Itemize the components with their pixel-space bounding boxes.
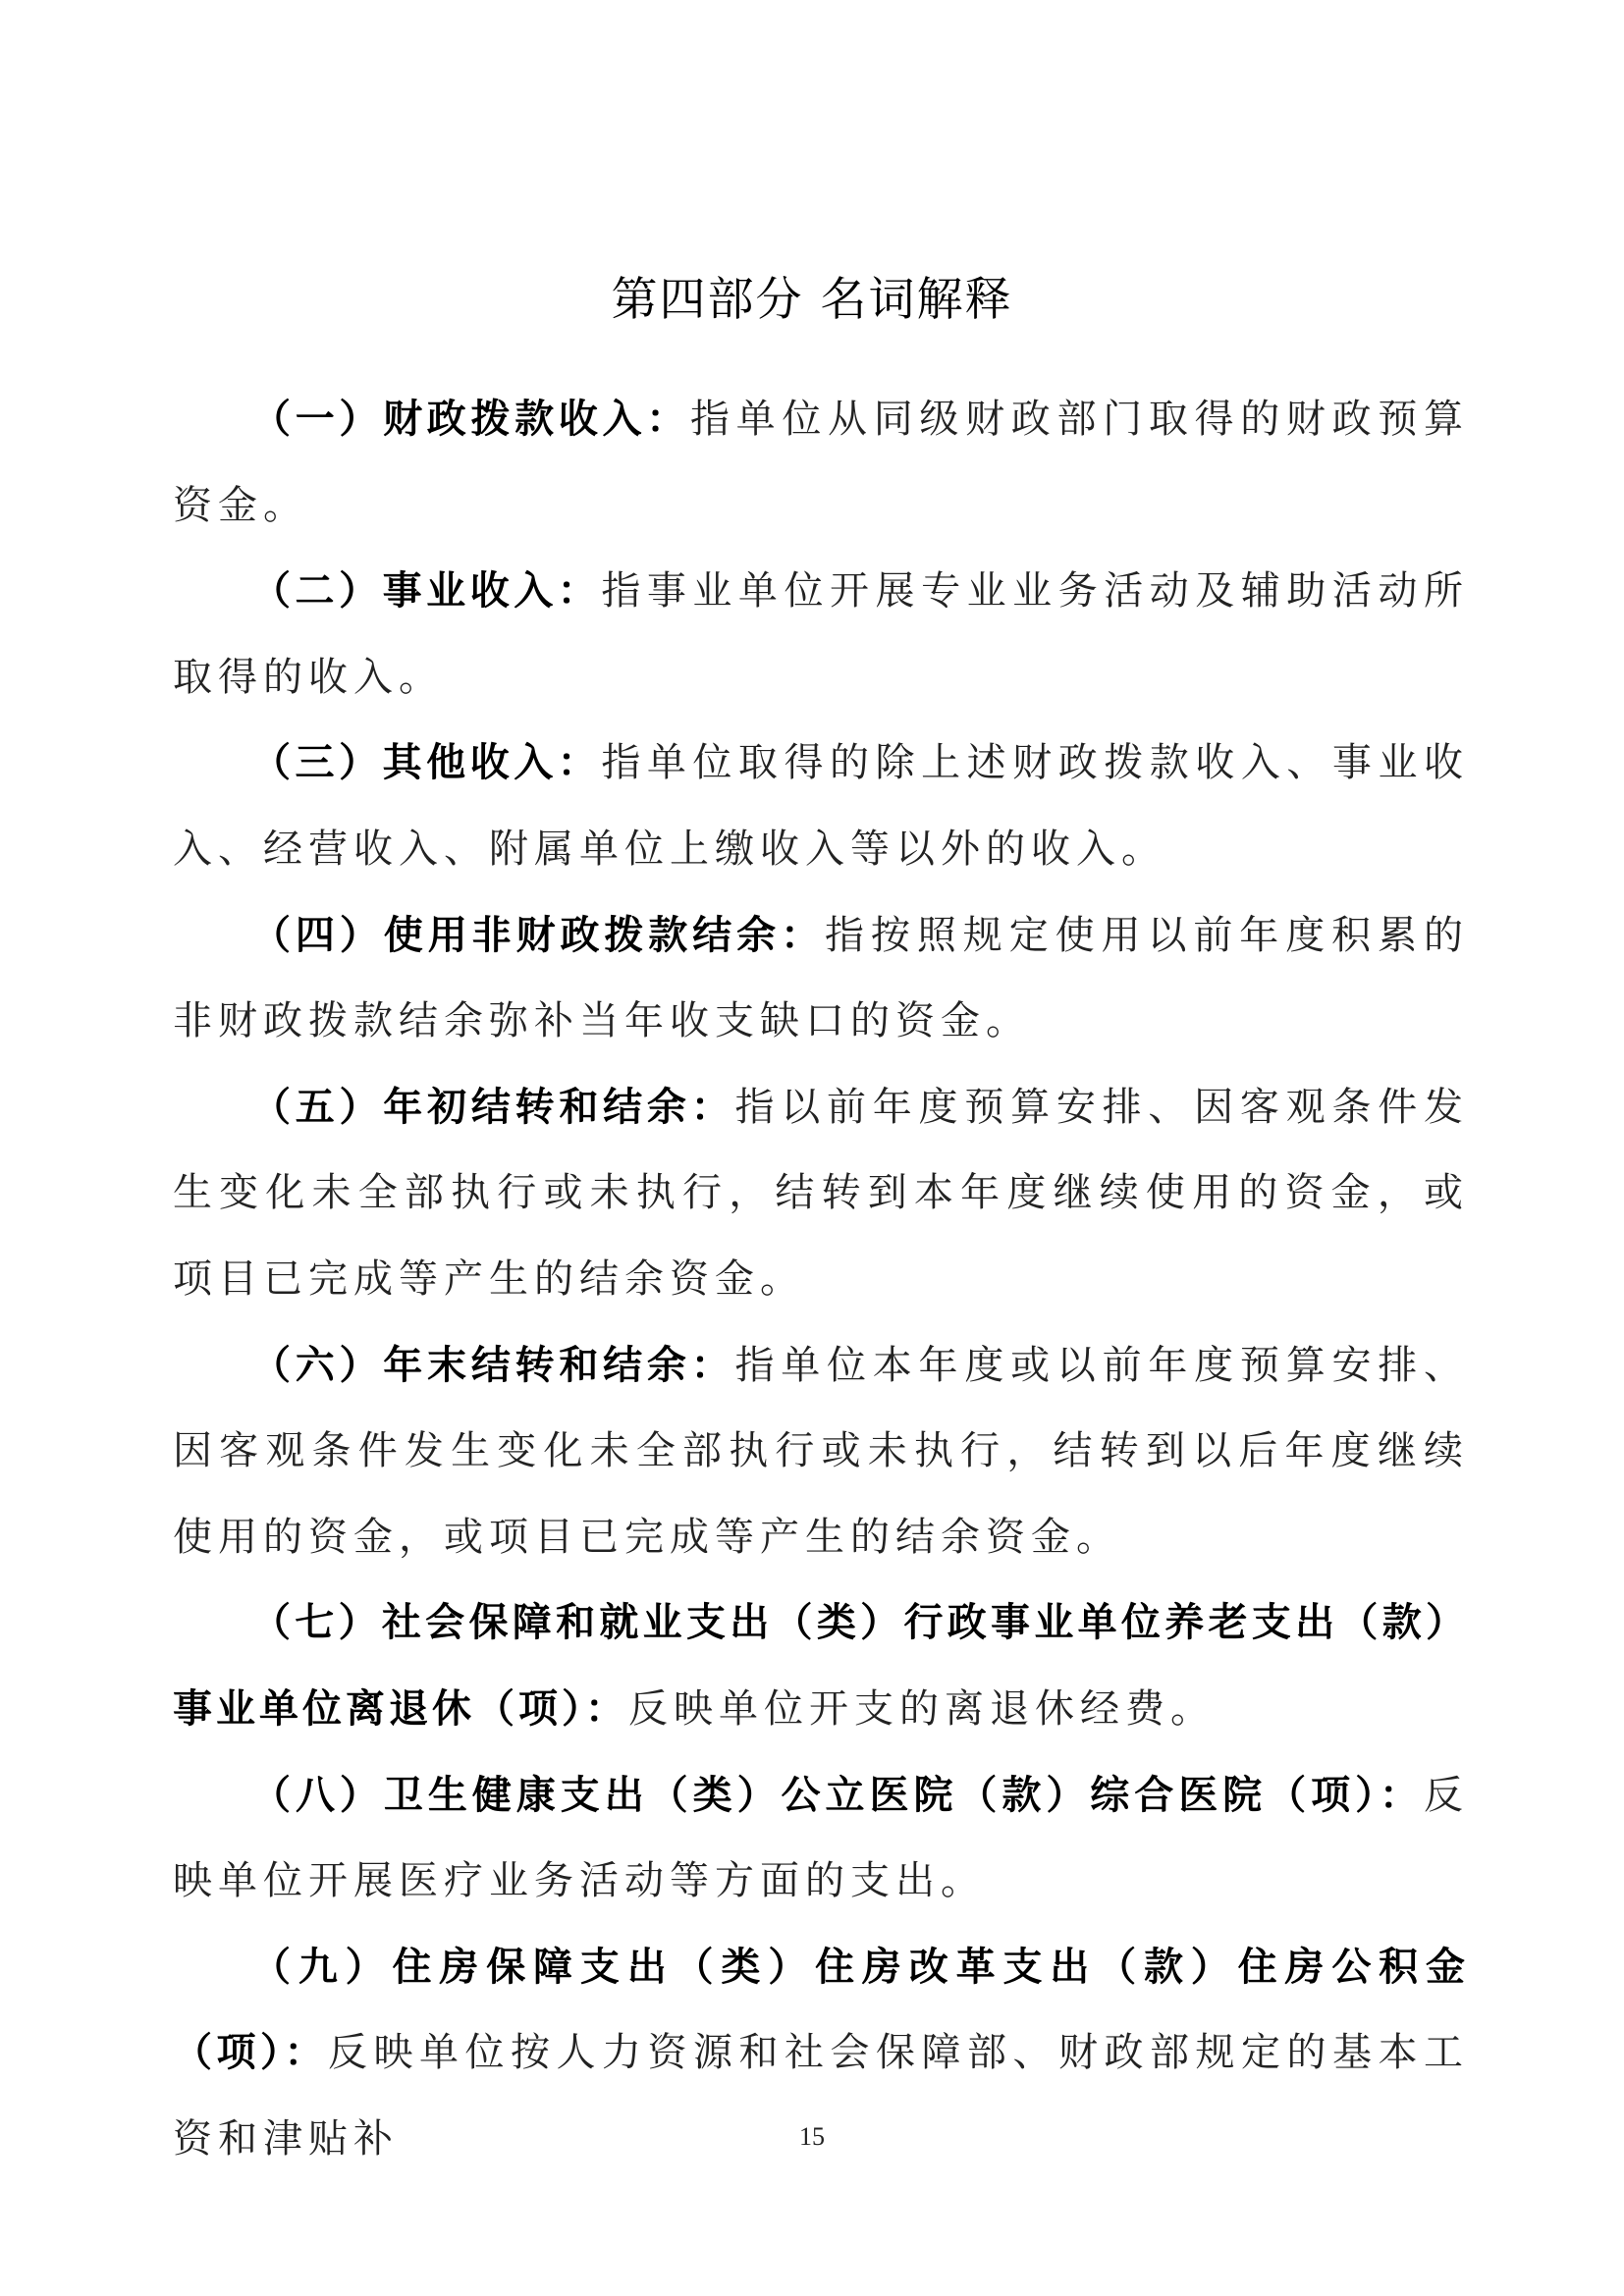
definition-term: （一）财政拨款收入： <box>251 397 690 442</box>
definition-item: （七）社会保障和就业支出（类）行政事业单位养老支出（款）事业单位离退休（项）：反… <box>173 1580 1469 1752</box>
definition-item: （六）年末结转和结余：指单位本年度或以前年度预算安排、因客观条件发生变化未全部执… <box>173 1323 1469 1581</box>
definition-item: （八）卫生健康支出（类）公立医院（款）综合医院（项）：反映单位开展医疗业务活动等… <box>173 1753 1469 1925</box>
definition-term: （四）使用非财政拨款结余： <box>251 913 825 958</box>
definition-term: （三）其他收入： <box>251 740 601 785</box>
definition-term: （六）年末结转和结余： <box>251 1343 734 1388</box>
definitions-list: （一）财政拨款收入：指单位从同级财政部门取得的财政预算资金。 （二）事业收入：指… <box>173 377 1469 2182</box>
page-title: 第四部分 名词解释 <box>0 263 1624 329</box>
definition-term: （八）卫生健康支出（类）公立医院（款）综合医院（项）： <box>251 1773 1424 1818</box>
definition-description: 反映单位开支的离退休经费。 <box>628 1686 1216 1732</box>
page-number: 15 <box>0 2122 1624 2152</box>
definition-term: （二）事业收入： <box>251 568 601 614</box>
definition-item: （四）使用非财政拨款结余：指按照规定使用以前年度积累的非财政拨款结余弥补当年收支… <box>173 893 1469 1065</box>
definition-item: （三）其他收入：指单位取得的除上述财政拨款收入、事业收入、经营收入、附属单位上缴… <box>173 721 1469 892</box>
definition-item: （五）年初结转和结余：指以前年度预算安排、因客观条件发生变化未全部执行或未执行，… <box>173 1065 1469 1323</box>
definition-item: （一）财政拨款收入：指单位从同级财政部门取得的财政预算资金。 <box>173 377 1469 549</box>
definition-term: （五）年初结转和结余： <box>251 1085 734 1130</box>
definition-item: （二）事业收入：指事业单位开展专业业务活动及辅助活动所取得的收入。 <box>173 549 1469 721</box>
